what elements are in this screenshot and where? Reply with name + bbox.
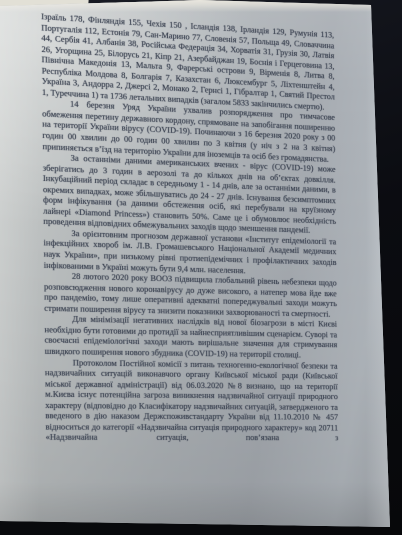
paragraph: 28 лютого 2020 року ВООЗ підвищила глоба…	[44, 271, 337, 320]
paragraph: Для мінімізації негативних наслідків від…	[44, 314, 337, 361]
photo-background: Ізраїль 178, Фінляндія 155, Чехія 150 , …	[0, 0, 402, 535]
paragraph: Протоколом Постійної комісії з питань те…	[45, 357, 339, 444]
paragraph: Ізраїль 178, Фінляндія 155, Чехія 150 , …	[41, 12, 335, 114]
document-text: Ізраїль 178, Фінляндія 155, Чехія 150 , …	[41, 12, 339, 524]
paragraph: За останніми даними американських вчених…	[43, 152, 337, 237]
